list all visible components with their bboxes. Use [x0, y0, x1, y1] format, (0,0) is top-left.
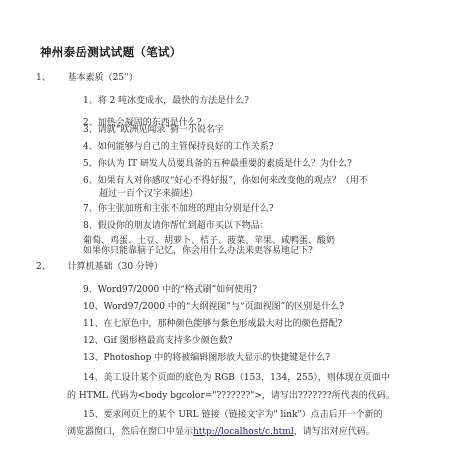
- question-12: 12、Gif 图形格最高支持多少颜色数?: [83, 336, 233, 347]
- page-title: 神州泰岳测试试题（笔试）: [40, 44, 182, 60]
- question-1: 1、将 2 吨冰变成水，最快的方法是什么?: [83, 96, 249, 107]
- section-2-heading: 2、 计算机基础（30 分钟）: [36, 262, 163, 273]
- question-15-text: 浏览器窗口，然后在窗口中显示: [67, 427, 193, 437]
- question-3: 3、请就“欧洲见闻录”猜一小说名字: [83, 125, 224, 136]
- section-label: 计算机基础（30 分钟）: [68, 262, 163, 272]
- question-9: 9、Word97/2000 中的“格式刷”如何使用?: [83, 285, 257, 296]
- question-11: 11、在七原色中，那种颜色能够与紫色形成最大对比的颜色搭配?: [83, 319, 342, 330]
- question-8-continued: 如果你只能靠脑子记忆，你会用什么办法来更容易地记下?: [83, 246, 313, 257]
- question-13: 13、Photoshop 中的将被编辑图形放大显示的快捷键是什么?: [83, 353, 330, 364]
- question-4: 4、如何能够与自己的主管保持良好的工作关系?: [83, 142, 274, 153]
- question-15-tail: ，请写出对应代码。: [294, 427, 375, 437]
- question-8: 8、假设你的朋友请你帮忙到超市买以下物品：: [83, 221, 269, 232]
- section-number: 1、: [36, 73, 51, 83]
- localhost-link[interactable]: http://localhost/c.html: [193, 427, 294, 437]
- question-6: 6、如果有人对你感叹“好心不得好报”，你如何来改变他的观点？（用不: [83, 176, 368, 187]
- question-14-continued: 的 HTML 代码为<body bgcolor="???????">，请写出??…: [67, 391, 395, 402]
- section-label: 基本素质（25''）: [68, 73, 138, 83]
- question-15-continued: 浏览器窗口，然后在窗口中显示http://localhost/c.html，请写…: [67, 427, 375, 438]
- question-15: 15、要求网页上的某个 URL 链接（链接文字为" link"）点击后开一个新的: [83, 410, 383, 421]
- question-14: 14、美工设计某个页面的底色为 RGB（153，134，255），则体现在页面中: [83, 373, 390, 384]
- section-1-heading: 1、 基本素质（25''）: [36, 73, 138, 84]
- question-10: 10、Word97/2000 中的“大纲视图”与“页面视图”的区别是什么?: [83, 302, 344, 313]
- question-6-continued: 超过一百个汉字来描述）: [99, 189, 198, 200]
- question-5: 5、你认为 IT 研发人员要具备的五种最重要的素质是什么？为什么?: [83, 159, 352, 170]
- question-7: 7、你主张加班和主张不加班的理由分别是什么?: [83, 204, 274, 215]
- section-number: 2、: [36, 262, 51, 272]
